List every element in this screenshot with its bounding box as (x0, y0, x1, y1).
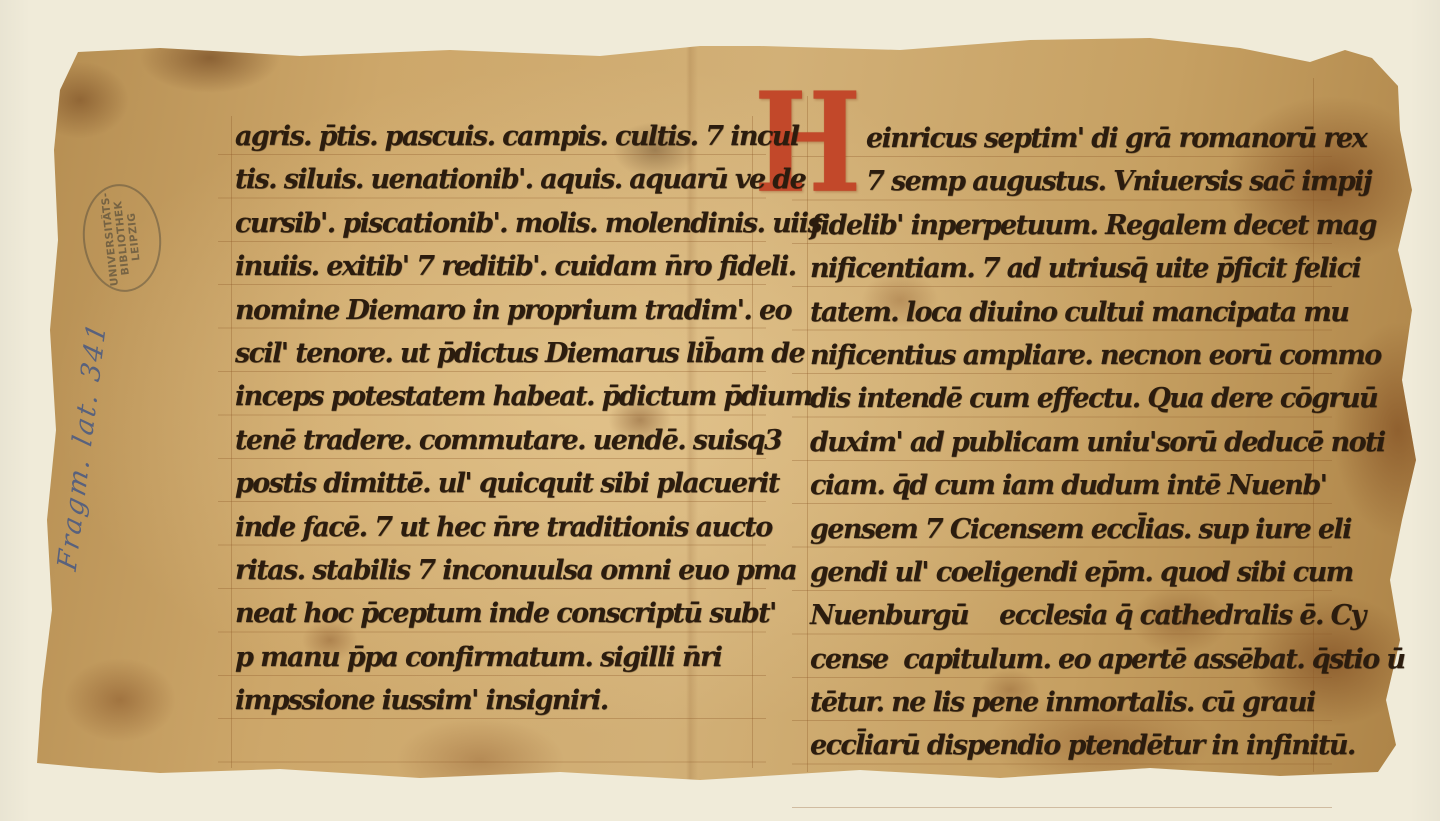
manuscript-text-line: cense capitulum. eo apertē assēbat. q̄st… (810, 644, 1326, 687)
manuscript-text-line: tis. siluis. uenationib'. aquis. aquarū … (235, 164, 757, 207)
manuscript-text-line: cursib'. piscationib'. molis. molendinis… (235, 208, 757, 251)
ruling-vertical-line (231, 116, 232, 768)
manuscript-text-line: 7 semp augustus. Vniuersis sac̄ impij (866, 166, 1326, 209)
manuscript-text-line: gendi ul' coeligendi ep̄m. quod sibi cum (810, 557, 1326, 600)
manuscript-text-line: dis intendē cum effectu. Qua dere cōgruū (810, 383, 1326, 426)
manuscript-text-line: inuiis. exitib' 7 reditib'. cuidam n̄ro … (235, 251, 757, 294)
photo-mat-background: { "colors": { "mat_background": "#f0ebd9… (0, 0, 1440, 821)
manuscript-text-line: ritas. stabilis 7 inconuulsa omni euo pm… (235, 555, 757, 598)
manuscript-text-line: nificentiam. 7 ad utriusq̄ uite p̄ficit … (810, 253, 1326, 296)
manuscript-text-line: duxim' ad publicam uniu'sorū deducē noti (810, 427, 1326, 470)
manuscript-text-line: impssione iussim' insigniri. (235, 685, 757, 728)
manuscript-text-line: ciam. q̄d cum iam dudum intē Nuenb' (810, 470, 1326, 513)
manuscript-text-line: scil' tenore. ut p̄dictus Diemarus lib̄a… (235, 338, 757, 381)
manuscript-text-line: tētur. ne lis pene inmortalis. cū graui (810, 687, 1326, 730)
manuscript-text-line: Nuenburgū ecclesia q̄ cathedralis ē. Cy (810, 600, 1326, 643)
manuscript-text-line: neat hoc p̄ceptum inde conscriptū subt' (235, 598, 757, 641)
manuscript-text-line: tatem. loca diuino cultui mancipata mu (810, 297, 1326, 340)
manuscript-text-line: inde facē. 7 ut hec n̄re traditionis auc… (235, 512, 757, 555)
manuscript-text-line: einricus septim' di grā romanorū rex (866, 123, 1326, 166)
manuscript-text-line: inceps potestatem habeat. p̄dictum p̄diu… (235, 381, 757, 424)
manuscript-text-line: nomine Diemaro in proprium tradim'. eo (235, 295, 757, 338)
manuscript-text-line: gensem 7 Cicensem eccl̄ias. sup iure eli (810, 514, 1326, 557)
manuscript-text-line: postis dimittē. ul' quicquit sibi placue… (235, 468, 757, 511)
manuscript-text-line: eccl̄iarū dispendio ptendētur in infinit… (810, 730, 1326, 773)
manuscript-text-line: tenē tradere. commutare. uendē. suisq3 (235, 425, 757, 468)
manuscript-left-column: agris. p̄tis. pascuis. campis. cultis. 7… (235, 121, 757, 728)
manuscript-text-line: fidelib' inperpetuum. Regalem decet mag (810, 210, 1326, 253)
manuscript-right-column: einricus septim' di grā romanorū rex7 se… (810, 123, 1326, 774)
manuscript-text-line: nificentius ampliare. necnon eorū commo (810, 340, 1326, 383)
manuscript-text-line: p manu p̄pa confirmatum. sigilli n̄ri (235, 642, 757, 685)
manuscript-text-line: agris. p̄tis. pascuis. campis. cultis. 7… (235, 121, 757, 164)
